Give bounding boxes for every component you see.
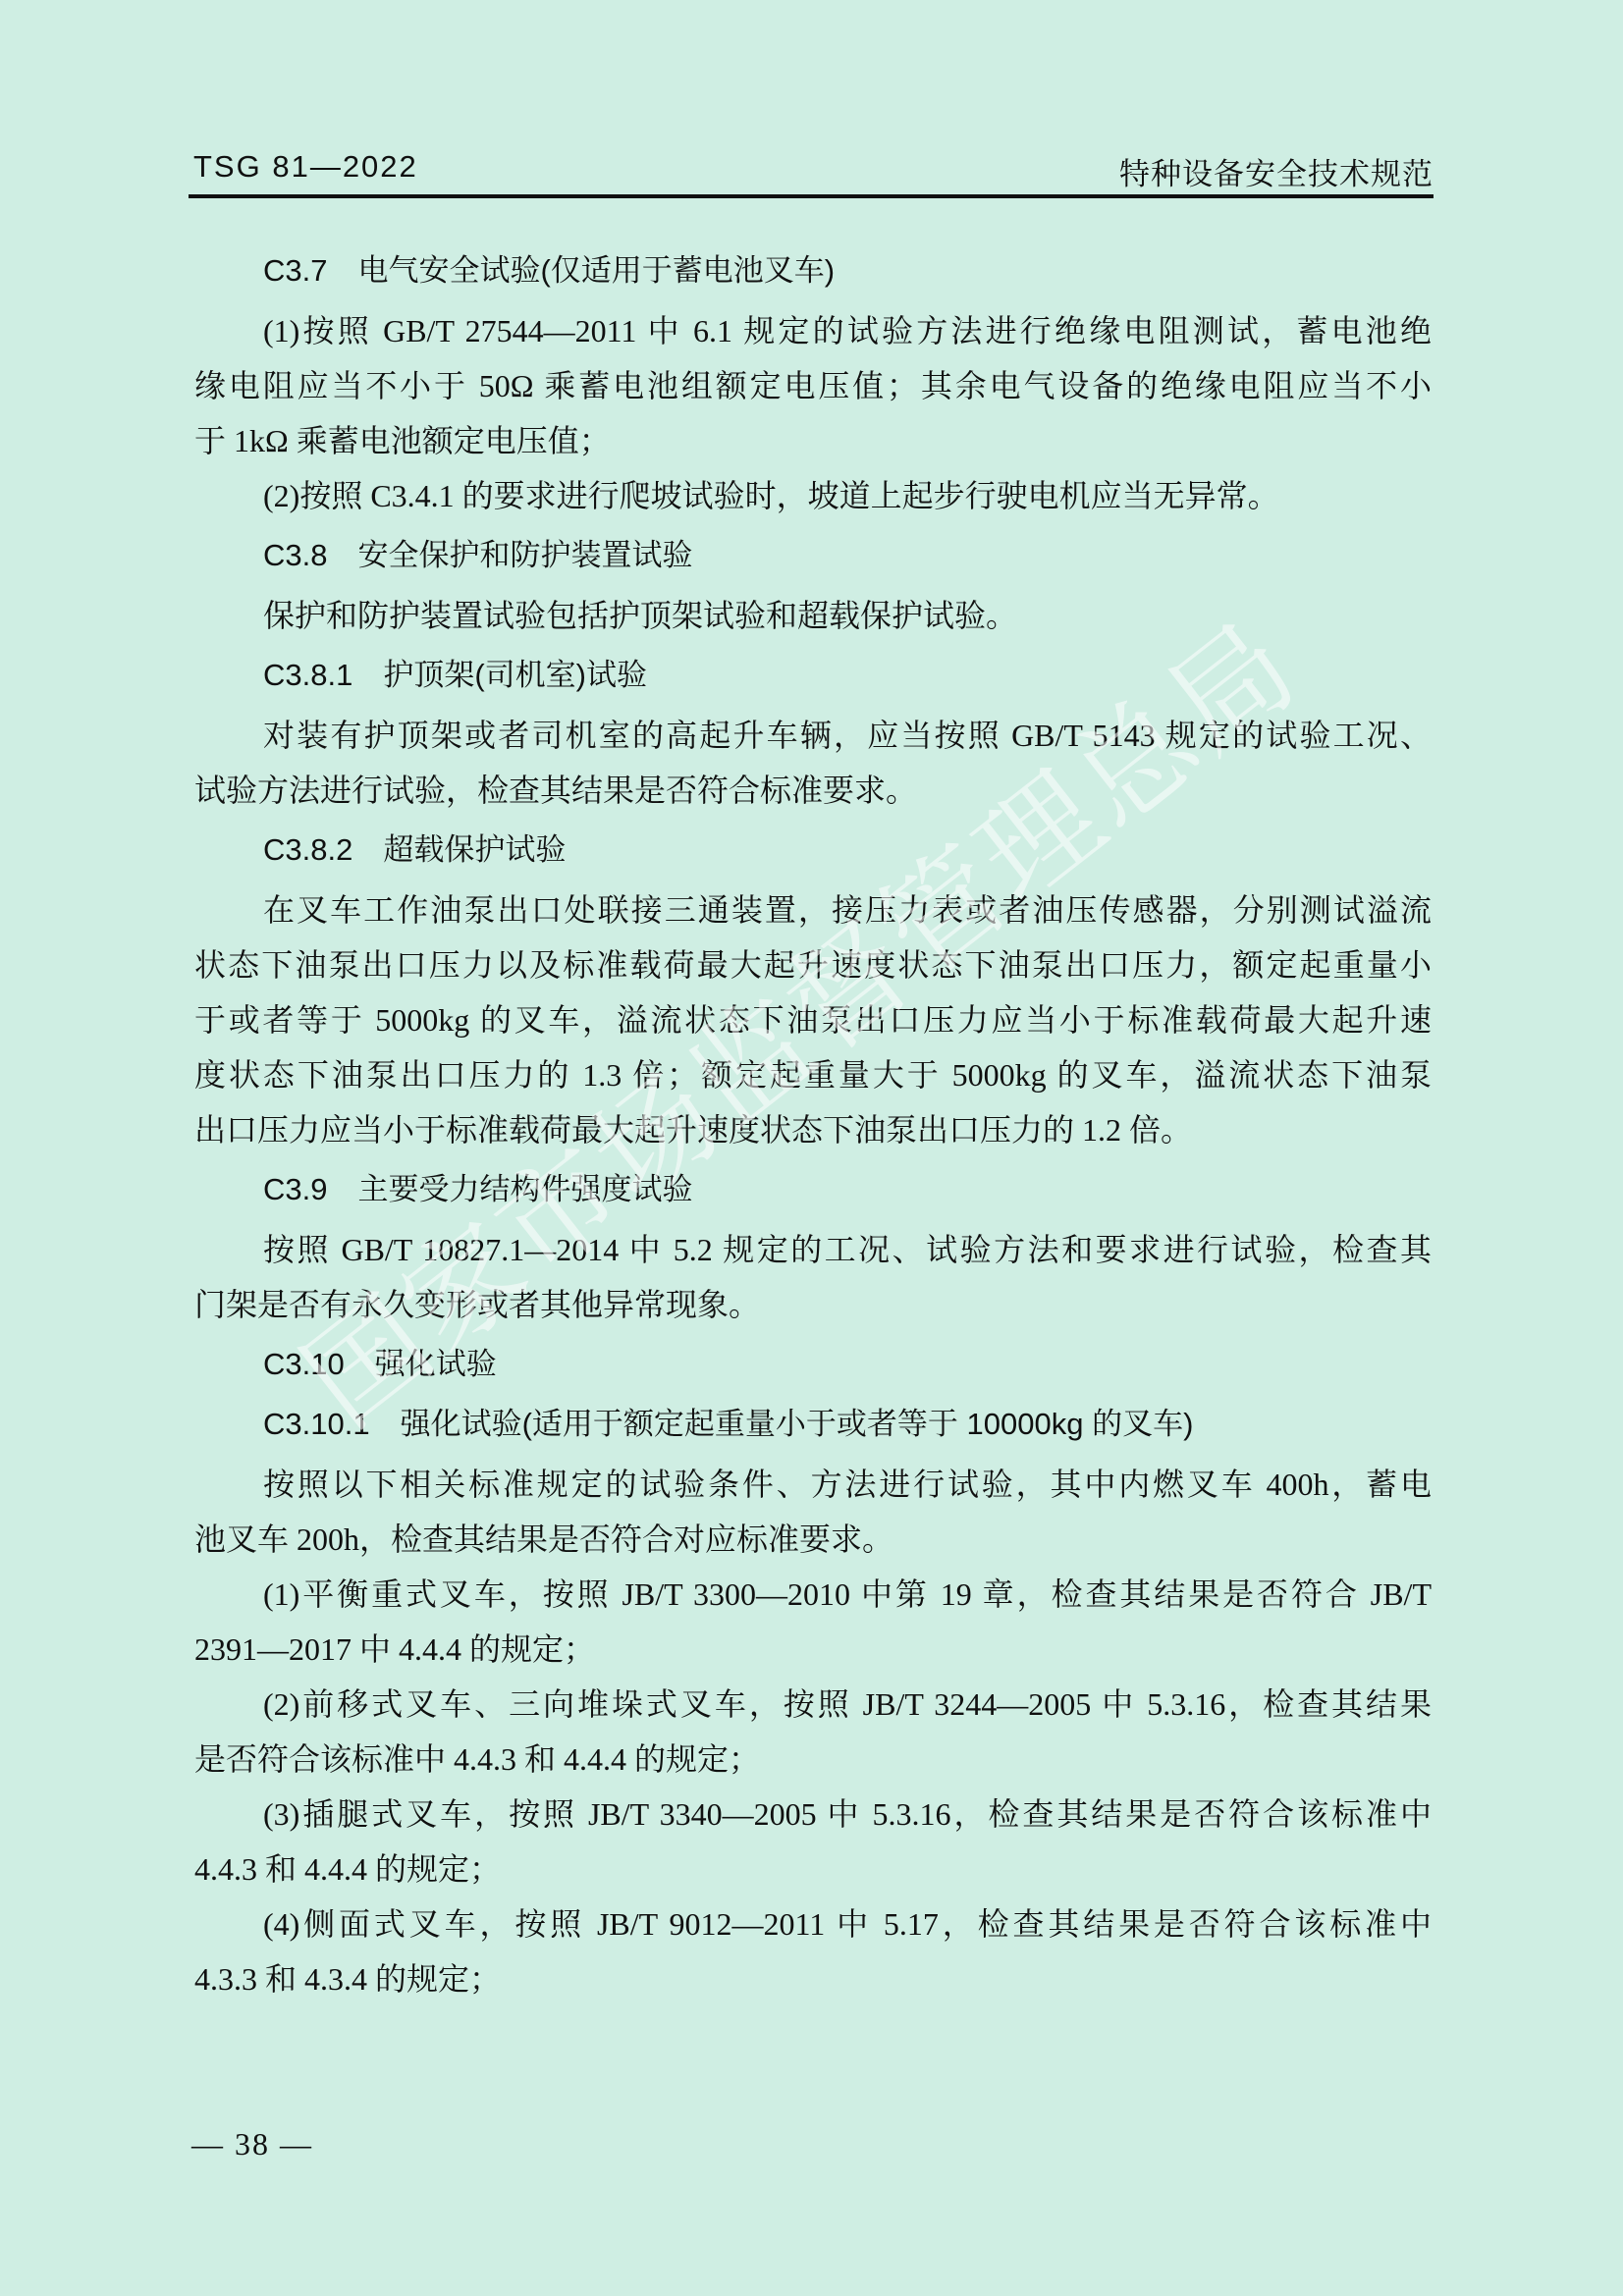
paragraph-line: (1)平衡重式叉车，按照 JB/T 3300—2010 中第 19 章，检查其结… bbox=[194, 1567, 1432, 1622]
paragraph-line: 对装有护顶架或者司机室的高起升车辆，应当按照 GB/T 5143 规定的试验工况… bbox=[194, 708, 1432, 763]
page-header: TSG 81—2022 特种设备安全技术规范 bbox=[193, 149, 1434, 188]
doc-code: TSG 81—2022 bbox=[193, 149, 418, 185]
section-heading: C3.8 安全保护和防护装置试验 bbox=[194, 528, 1432, 583]
section-heading: C3.10.1 强化试验(适用于额定起重量小于或者等于 10000kg 的叉车) bbox=[194, 1397, 1432, 1452]
document-page: TSG 81—2022 特种设备安全技术规范 C3.7 电气安全试验(仅适用于蓄… bbox=[0, 0, 1623, 2296]
paragraph-line: 按照 GB/T 10827.1—2014 中 5.2 规定的工况、试验方法和要求… bbox=[194, 1222, 1432, 1277]
paragraph-line: 于 1kΩ 乘蓄电池额定电压值； bbox=[194, 413, 1432, 468]
paragraph-line: (2)前移式叉车、三向堆垛式叉车，按照 JB/T 3244—2005 中 5.3… bbox=[194, 1677, 1432, 1732]
paragraph-line: 出口压力应当小于标准载荷最大起升速度状态下油泵出口压力的 1.2 倍。 bbox=[194, 1102, 1432, 1157]
paragraph-line: 4.4.3 和 4.4.4 的规定； bbox=[194, 1842, 1432, 1896]
paragraph-line: 是否符合该标准中 4.4.3 和 4.4.4 的规定； bbox=[194, 1732, 1432, 1787]
section-heading: C3.8.1 护顶架(司机室)试验 bbox=[194, 648, 1432, 703]
section-heading: C3.8.2 超载保护试验 bbox=[194, 823, 1432, 878]
page-number: — 38 — bbox=[191, 2116, 313, 2171]
section-heading: C3.10 强化试验 bbox=[194, 1337, 1432, 1392]
paragraph-line: 门架是否有永久变形或者其他异常现象。 bbox=[194, 1277, 1432, 1332]
document-body: C3.7 电气安全试验(仅适用于蓄电池叉车)(1)按照 GB/T 27544—2… bbox=[194, 239, 1432, 2006]
paragraph-line: 状态下油泵出口压力以及标准载荷最大起升速度状态下油泵出口压力，额定起重量小 bbox=[194, 937, 1432, 992]
paragraph-line: (2)按照 C3.4.1 的要求进行爬坡试验时，坡道上起步行驶电机应当无异常。 bbox=[194, 468, 1432, 523]
paragraph-line: 缘电阻应当不小于 50Ω 乘蓄电池组额定电压值；其余电气设备的绝缘电阻应当不小 bbox=[194, 358, 1432, 413]
section-heading: C3.9 主要受力结构件强度试验 bbox=[194, 1162, 1432, 1217]
header-rule bbox=[189, 194, 1434, 198]
paragraph-line: 试验方法进行试验，检查其结果是否符合标准要求。 bbox=[194, 763, 1432, 818]
paragraph-line: 保护和防护装置试验包括护顶架试验和超载保护试验。 bbox=[194, 588, 1432, 643]
paragraph-line: 在叉车工作油泵出口处联接三通装置，接压力表或者油压传感器，分别测试溢流 bbox=[194, 882, 1432, 937]
section-heading: C3.7 电气安全试验(仅适用于蓄电池叉车) bbox=[194, 243, 1432, 298]
paragraph-line: 按照以下相关标准规定的试验条件、方法进行试验，其中内燃叉车 400h，蓄电 bbox=[194, 1457, 1432, 1512]
paragraph-line: (3)插腿式叉车，按照 JB/T 3340—2005 中 5.3.16，检查其结… bbox=[194, 1787, 1432, 1842]
paragraph-line: 4.3.3 和 4.3.4 的规定； bbox=[194, 1951, 1432, 2006]
paragraph-line: 池叉车 200h，检查其结果是否符合对应标准要求。 bbox=[194, 1512, 1432, 1567]
paragraph-line: 于或者等于 5000kg 的叉车，溢流状态下油泵出口压力应当小于标准载荷最大起升… bbox=[194, 992, 1432, 1047]
paragraph-line: 2391—2017 中 4.4.4 的规定； bbox=[194, 1622, 1432, 1677]
paragraph-line: 度状态下油泵出口压力的 1.3 倍；额定起重量大于 5000kg 的叉车，溢流状… bbox=[194, 1047, 1432, 1102]
paragraph-line: (1)按照 GB/T 27544—2011 中 6.1 规定的试验方法进行绝缘电… bbox=[194, 303, 1432, 358]
paragraph-line: (4)侧面式叉车，按照 JB/T 9012—2011 中 5.17，检查其结果是… bbox=[194, 1896, 1432, 1951]
doc-title: 特种设备安全技术规范 bbox=[1119, 149, 1434, 193]
